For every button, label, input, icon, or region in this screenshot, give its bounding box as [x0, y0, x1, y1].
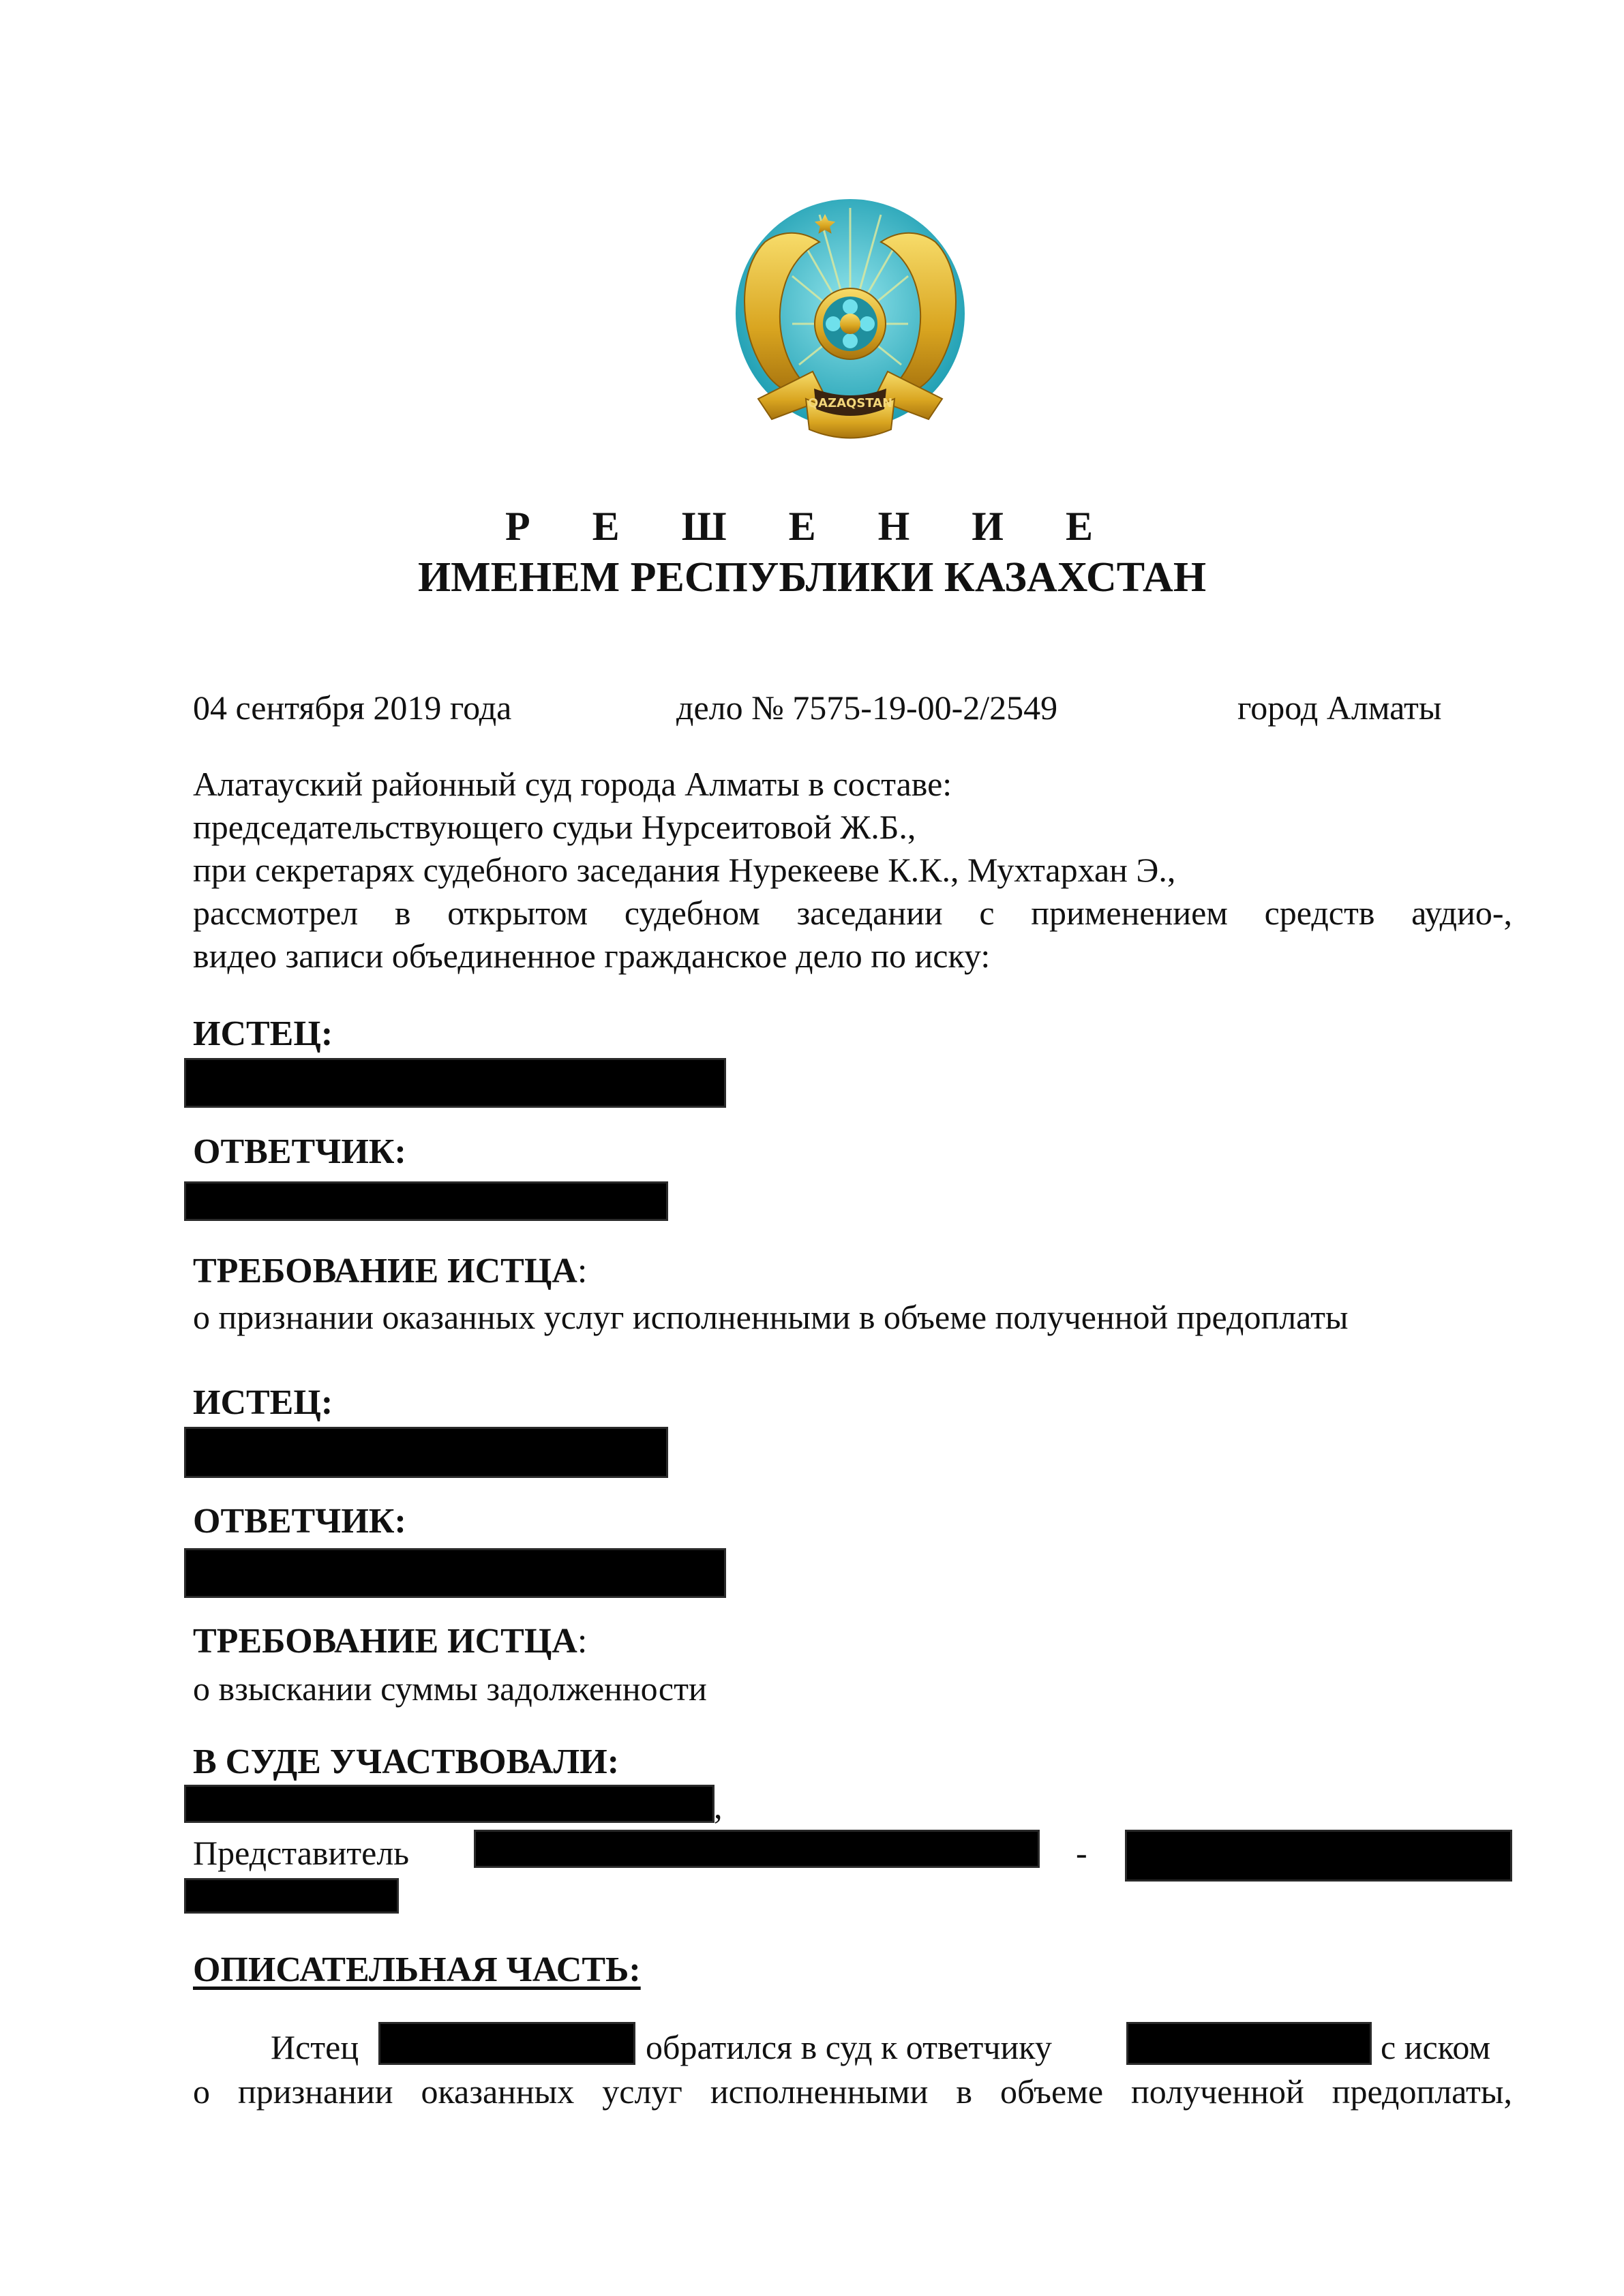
- descriptive-line1-end: с иском: [1381, 2027, 1490, 2068]
- decision-date: 04 сентября 2019 года: [193, 687, 511, 728]
- participant-comma: ,: [714, 1786, 723, 1827]
- redacted-participant-1: [184, 1785, 715, 1823]
- descriptive-line1-middle: обратился в суд к ответчику: [646, 2027, 1052, 2068]
- defendant-label-1: ОТВЕТЧИК:: [193, 1132, 406, 1173]
- kazakhstan-emblem-icon: QAZAQSTAN: [724, 194, 976, 447]
- document-subtitle: ИМЕНЕМ РЕСПУБЛИКИ КАЗАХСТАН: [0, 554, 1624, 602]
- redacted-representative: [474, 1830, 1040, 1868]
- plaintiff-label-1: ИСТЕЦ:: [193, 1014, 333, 1055]
- svg-text:QAZAQSTAN: QAZAQSTAN: [808, 396, 892, 410]
- claim-text-1: о признании оказанных услуг исполненными…: [193, 1297, 1349, 1338]
- redacted-participant-2: [184, 1878, 399, 1914]
- intro-line-case: видео записи объединенное гражданское де…: [193, 935, 990, 976]
- redacted-representative-org: [1125, 1830, 1512, 1882]
- claim-text-2: о взыскании суммы задолженности: [193, 1668, 707, 1709]
- participants-label: В СУДЕ УЧАСТВОВАЛИ:: [193, 1742, 619, 1783]
- city: город Алматы: [1237, 687, 1441, 728]
- representative-label: Представитель: [193, 1832, 409, 1873]
- redacted-plaintiff-2: [184, 1427, 668, 1478]
- redacted-defendant-name: [1126, 2022, 1372, 2065]
- descriptive-line2: о признании оказанных услуг исполненными…: [193, 2071, 1512, 2112]
- plaintiff-label-2: ИСТЕЦ:: [193, 1383, 333, 1423]
- defendant-label-2: ОТВЕТЧИК:: [193, 1501, 406, 1542]
- redacted-plaintiff-1: [184, 1058, 726, 1108]
- intro-line-court: Алатауский районный суд города Алматы в …: [193, 764, 952, 804]
- redacted-defendant-2: [184, 1548, 726, 1598]
- representative-dash: -: [1076, 1832, 1087, 1873]
- coat-of-arms-emblem: QAZAQSTAN: [724, 194, 976, 447]
- document-title: Р Е Ш Е Н И Е: [0, 503, 1624, 550]
- claim-label-1: ТРЕБОВАНИЕ ИСТЦА:: [193, 1251, 587, 1292]
- redacted-plaintiff-name: [378, 2022, 635, 2065]
- intro-line-judge: председательствующего судьи Нурсеитовой …: [193, 806, 916, 847]
- claim-label-2: ТРЕБОВАНИЕ ИСТЦА:: [193, 1621, 587, 1662]
- descriptive-part-heading: ОПИСАТЕЛЬНАЯ ЧАСТЬ:: [193, 1950, 641, 1991]
- case-number: дело № 7575-19-00-2/2549: [676, 687, 1057, 728]
- intro-line-secretaries: при секретарях судебного заседания Нурек…: [193, 849, 1175, 890]
- intro-line-hearing: рассмотрел в открытом судебном заседании…: [193, 892, 1512, 933]
- redacted-defendant-1: [184, 1181, 668, 1221]
- descriptive-line1-start: Истец: [271, 2027, 359, 2068]
